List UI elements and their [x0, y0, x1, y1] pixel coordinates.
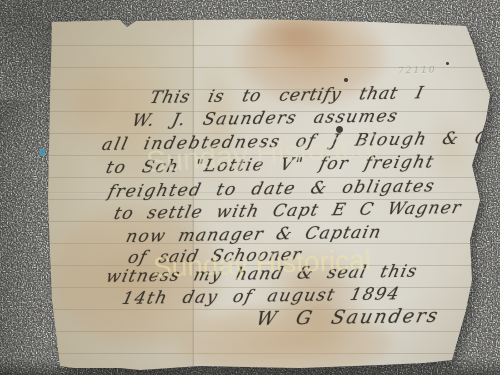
stain	[249, 10, 344, 58]
letter-paper-shadow: 72110 This is to certify that I W. J. Sa…	[44, 16, 492, 372]
handwritten-line: This is to certify that I	[148, 83, 426, 108]
photo: 72110 This is to certify that I W. J. Sa…	[0, 0, 500, 375]
ink-blot	[336, 126, 343, 133]
ink-blot	[344, 78, 348, 82]
signature: W G Saunders	[254, 305, 442, 330]
letter-paper: 72110 This is to certify that I W. J. Sa…	[44, 16, 492, 372]
handwritten-line: W. J. Saunders assumes	[130, 106, 401, 131]
handwritten-line: now manager & Captain	[124, 223, 384, 247]
concrete-shadow-left	[0, 100, 46, 375]
handwritten-line: witness my hand & seal this	[104, 262, 420, 287]
ink-blot	[446, 62, 449, 65]
faint-page-number: 72110	[398, 65, 437, 76]
